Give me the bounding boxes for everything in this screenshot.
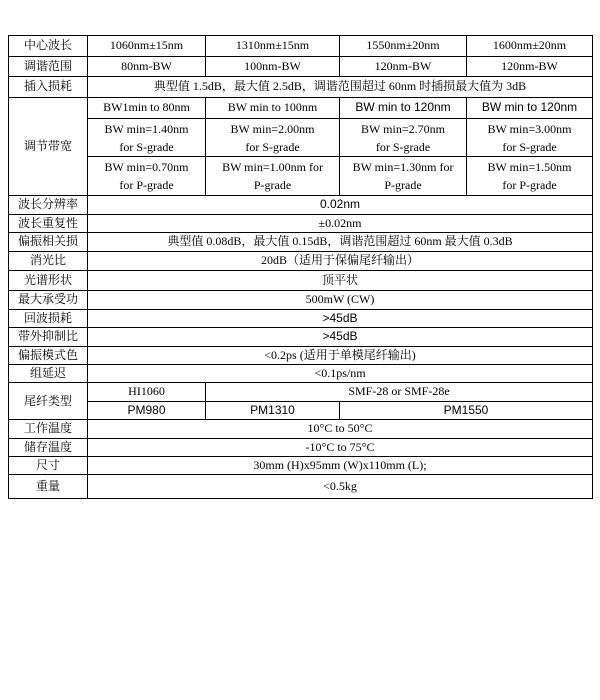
row-weight: 重量 <0.5kg <box>9 475 593 499</box>
bw-s3-line1: BW min=2.70nm <box>342 120 464 138</box>
row-spectral-shape: 光谱形状 顶平状 <box>9 270 593 290</box>
row-bandwidth-p-grade: BW min=0.70nm for P-grade BW min=1.00nm … <box>9 157 593 196</box>
bw-p4-line1: BW min=1.50nm <box>469 158 590 176</box>
bw-p3-line1: BW min=1.30nm for <box>342 158 464 176</box>
bw-p2-line2: P-grade <box>208 176 337 194</box>
row-pdl: 偏振相关损 典型值 0.08dB，最大值 0.15dB，调谐范围超过 60nm … <box>9 233 593 251</box>
bw-s4-line1: BW min=3.00nm <box>469 120 590 138</box>
label-operating-temp: 工作温度 <box>9 420 88 438</box>
row-operating-temp: 工作温度 10°C to 50°C <box>9 420 593 438</box>
label-wavelength-repeatability: 波长重复性 <box>9 215 88 233</box>
fiber-type-smf28: SMF-28 or SMF-28e <box>206 383 593 401</box>
label-fiber-type: 尾纤类型 <box>9 383 88 420</box>
pdl-value: 典型值 0.08dB，最大值 0.15dB，调谐范围超过 60nm 最大值 0.… <box>88 233 593 251</box>
tuning-range-col2: 100nm-BW <box>206 57 340 77</box>
bandwidth-p-grade-col1: BW min=0.70nm for P-grade <box>88 157 206 196</box>
bw-s1-line2: for S-grade <box>90 138 203 156</box>
label-tuning-range: 调谐范围 <box>9 57 88 77</box>
row-insertion-loss: 插入损耗 典型值 1.5dB，最大值 2.5dB，调谐范围超过 60nm 时插损… <box>9 77 593 98</box>
bw-s1-line1: BW min=1.40nm <box>90 120 203 138</box>
bw-s2-line2: for S-grade <box>208 138 337 156</box>
bw-p4-line2: for P-grade <box>469 176 590 194</box>
row-dimensions: 尺寸 30mm (H)x95mm (W)x110mm (L); <box>9 456 593 474</box>
label-pmd: 偏振模式色 <box>9 346 88 364</box>
out-of-band-rejection-value: >45dB <box>88 328 593 346</box>
label-group-delay: 组延迟 <box>9 364 88 382</box>
bandwidth-range-col2: BW min to 100nm <box>206 98 340 119</box>
wavelength-repeatability-value: ±0.02nm <box>88 215 593 233</box>
insertion-loss-value: 典型值 1.5dB，最大值 2.5dB，调谐范围超过 60nm 时插损最大值为 … <box>88 77 593 98</box>
label-center-wavelength: 中心波长 <box>9 36 88 57</box>
return-loss-value: >45dB <box>88 309 593 327</box>
bandwidth-p-grade-col2: BW min=1.00nm for P-grade <box>206 157 340 196</box>
label-pdl: 偏振相关损 <box>9 233 88 251</box>
spec-table: 中心波长 1060nm±15nm 1310nm±15nm 1550nm±20nm… <box>8 35 593 499</box>
bandwidth-range-col1: BW1min to 80nm <box>88 98 206 119</box>
storage-temp-value: -10°C to 75°C <box>88 438 593 456</box>
bw-p3-line2: P-grade <box>342 176 464 194</box>
bandwidth-s-grade-col1: BW min=1.40nm for S-grade <box>88 119 206 157</box>
row-bandwidth-s-grade: BW min=1.40nm for S-grade BW min=2.00nm … <box>9 119 593 157</box>
bw-s4-line2: for S-grade <box>469 138 590 156</box>
center-wavelength-col4: 1600nm±20nm <box>467 36 593 57</box>
fiber-type-pm1550: PM1550 <box>340 401 593 419</box>
bw-s2-line1: BW min=2.00nm <box>208 120 337 138</box>
group-delay-value: <0.1ps/nm <box>88 364 593 382</box>
row-bandwidth-range: 调节带宽 BW1min to 80nm BW min to 100nm BW m… <box>9 98 593 119</box>
row-group-delay: 组延迟 <0.1ps/nm <box>9 364 593 382</box>
label-return-loss: 回波损耗 <box>9 309 88 327</box>
row-extinction-ratio: 消光比 20dB（适用于保偏尾纤输出） <box>9 251 593 270</box>
fiber-type-pm980: PM980 <box>88 401 206 419</box>
label-extinction-ratio: 消光比 <box>9 251 88 270</box>
tuning-range-col3: 120nm-BW <box>340 57 467 77</box>
bw-p1-line2: for P-grade <box>90 176 203 194</box>
row-storage-temp: 储存温度 -10°C to 75°C <box>9 438 593 456</box>
center-wavelength-col2: 1310nm±15nm <box>206 36 340 57</box>
bw-s3-line2: for S-grade <box>342 138 464 156</box>
bandwidth-p-grade-col4: BW min=1.50nm for P-grade <box>467 157 593 196</box>
bw-p2-line1: BW min=1.00nm for <box>208 158 337 176</box>
center-wavelength-col3: 1550nm±20nm <box>340 36 467 57</box>
row-pmd: 偏振模式色 <0.2ps (适用于单模尾纤输出) <box>9 346 593 364</box>
extinction-ratio-value: 20dB（适用于保偏尾纤输出） <box>88 251 593 270</box>
bandwidth-range-col3: BW min to 120nm <box>340 98 467 119</box>
bw-p1-line1: BW min=0.70nm <box>90 158 203 176</box>
max-power-value: 500mW (CW) <box>88 290 593 309</box>
fiber-type-hi1060: HI1060 <box>88 383 206 401</box>
spec-sheet: 中心波长 1060nm±15nm 1310nm±15nm 1550nm±20nm… <box>8 35 593 499</box>
row-tuning-range: 调谐范围 80nm-BW 100nm-BW 120nm-BW 120nm-BW <box>9 57 593 77</box>
row-center-wavelength: 中心波长 1060nm±15nm 1310nm±15nm 1550nm±20nm… <box>9 36 593 57</box>
row-return-loss: 回波损耗 >45dB <box>9 309 593 327</box>
label-weight: 重量 <box>9 475 88 499</box>
bandwidth-range-col4: BW min to 120nm <box>467 98 593 119</box>
tuning-range-col1: 80nm-BW <box>88 57 206 77</box>
row-max-power: 最大承受功 500mW (CW) <box>9 290 593 309</box>
bandwidth-s-grade-col3: BW min=2.70nm for S-grade <box>340 119 467 157</box>
spectral-shape-value: 顶平状 <box>88 270 593 290</box>
label-dimensions: 尺寸 <box>9 456 88 474</box>
pmd-value: <0.2ps (适用于单模尾纤输出) <box>88 346 593 364</box>
row-fiber-type-1: 尾纤类型 HI1060 SMF-28 or SMF-28e <box>9 383 593 401</box>
label-max-power: 最大承受功 <box>9 290 88 309</box>
bandwidth-p-grade-col3: BW min=1.30nm for P-grade <box>340 157 467 196</box>
row-wavelength-resolution: 波长分辨率 0.02nm <box>9 196 593 215</box>
label-storage-temp: 储存温度 <box>9 438 88 456</box>
row-wavelength-repeatability: 波长重复性 ±0.02nm <box>9 215 593 233</box>
label-out-of-band-rejection: 带外抑制比 <box>9 328 88 346</box>
weight-value: <0.5kg <box>88 475 593 499</box>
label-insertion-loss: 插入损耗 <box>9 77 88 98</box>
bandwidth-s-grade-col4: BW min=3.00nm for S-grade <box>467 119 593 157</box>
bandwidth-s-grade-col2: BW min=2.00nm for S-grade <box>206 119 340 157</box>
row-out-of-band-rejection: 带外抑制比 >45dB <box>9 328 593 346</box>
tuning-range-col4: 120nm-BW <box>467 57 593 77</box>
wavelength-resolution-value: 0.02nm <box>88 196 593 215</box>
label-bandwidth: 调节带宽 <box>9 98 88 196</box>
fiber-type-pm1310: PM1310 <box>206 401 340 419</box>
dimensions-value: 30mm (H)x95mm (W)x110mm (L); <box>88 456 593 474</box>
operating-temp-value: 10°C to 50°C <box>88 420 593 438</box>
label-wavelength-resolution: 波长分辨率 <box>9 196 88 215</box>
label-spectral-shape: 光谱形状 <box>9 270 88 290</box>
row-fiber-type-2: PM980 PM1310 PM1550 <box>9 401 593 419</box>
center-wavelength-col1: 1060nm±15nm <box>88 36 206 57</box>
